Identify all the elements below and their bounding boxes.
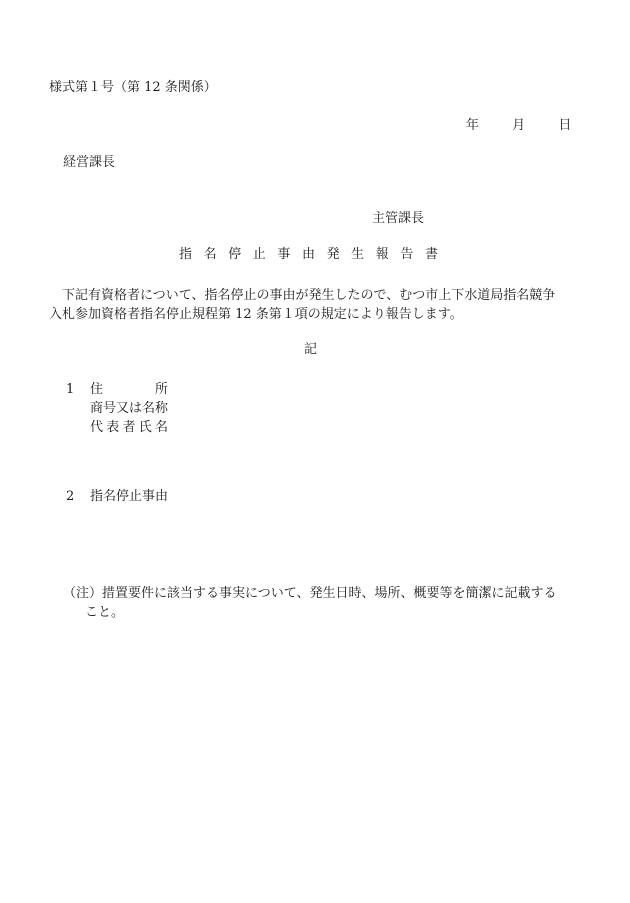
- date-month-label: 月: [512, 119, 525, 132]
- title-char: 由: [302, 248, 327, 261]
- date-day-label: 日: [558, 119, 571, 132]
- title-char: 事: [277, 248, 302, 261]
- body-line-2: 入札参加資格者指名停止規程第 12 条第１項の規定により報告します。: [49, 305, 579, 324]
- item-number: 1: [66, 380, 90, 399]
- title-char: 名: [204, 248, 229, 261]
- date-line: 年 月 日: [466, 119, 571, 132]
- item-1: 1住所 商号又は名称 代表者氏名: [66, 380, 168, 437]
- field-company-name-label: 商号又は名称: [90, 399, 168, 418]
- field-representative-label: 代表者氏名: [90, 418, 168, 437]
- form-number: 様式第１号（第 12 条関係）: [49, 81, 217, 94]
- title-char: 生: [351, 248, 376, 261]
- title-char: 停: [228, 248, 253, 261]
- note-label: （注）: [63, 584, 102, 603]
- ki-heading: 記: [304, 343, 317, 356]
- body-line-1: 下記有資格者について、指名停止の事由が発生したので、むつ市上下水道局指名競争: [49, 286, 579, 305]
- title-char: 報: [376, 248, 401, 261]
- field-address-label: 住所: [90, 380, 168, 399]
- title-char: 告: [400, 248, 425, 261]
- date-year-label: 年: [466, 119, 479, 132]
- note-line-2: こと。: [63, 603, 556, 622]
- item-2: 2指名停止事由: [66, 490, 168, 503]
- body-paragraph: 下記有資格者について、指名停止の事由が発生したので、むつ市上下水道局指名競争 入…: [49, 286, 579, 324]
- title-char: 発: [327, 248, 352, 261]
- sender: 主管課長: [372, 212, 424, 225]
- title-char: 書: [425, 248, 450, 261]
- note-line-1: 措置要件に該当する事実について、発生日時、場所、概要等を簡潔に記載する: [102, 586, 556, 601]
- addressee: 経営課長: [63, 156, 115, 169]
- item-number: 2: [66, 490, 90, 503]
- field-suspension-reason-label: 指名停止事由: [90, 490, 168, 503]
- document-title: 指名停止事由発生報告書: [179, 248, 450, 261]
- title-char: 指: [179, 248, 204, 261]
- note: （注）措置要件に該当する事実について、発生日時、場所、概要等を簡潔に記載する こ…: [63, 584, 556, 622]
- title-char: 止: [253, 248, 278, 261]
